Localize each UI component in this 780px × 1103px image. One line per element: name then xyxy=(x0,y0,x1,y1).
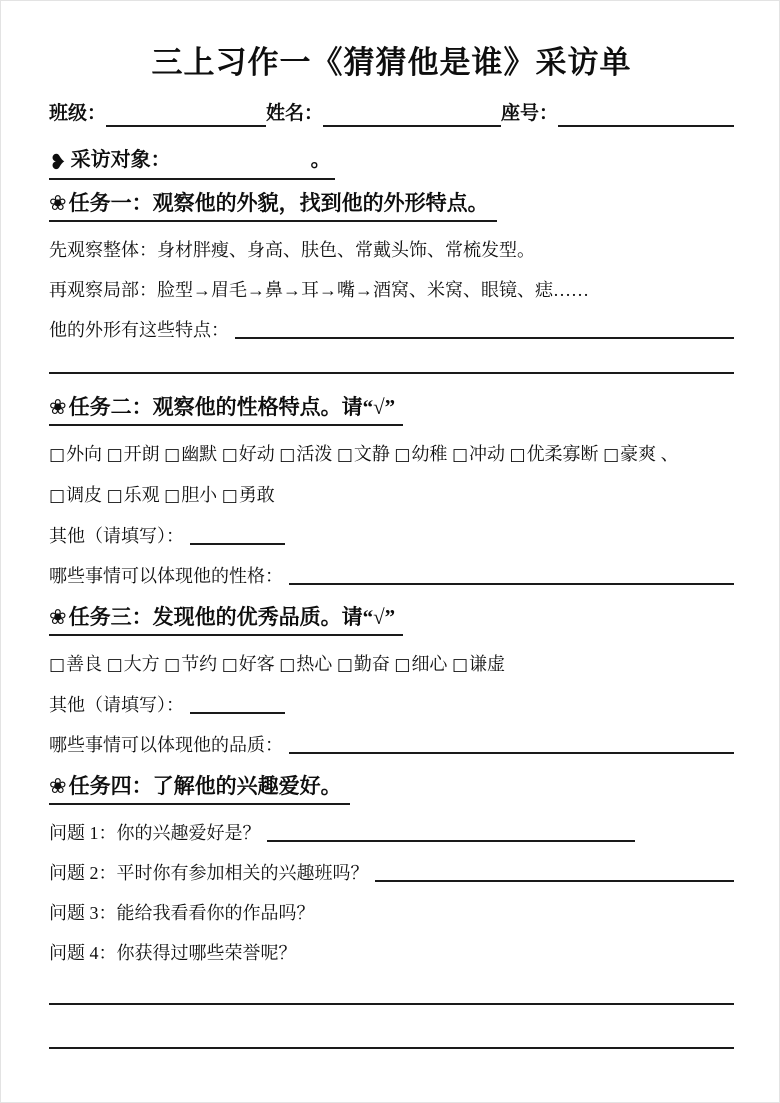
task4-question4-row: 问题 4：你获得过哪些荣誉呢？ xyxy=(49,941,734,965)
checkbox-icon: □ xyxy=(164,655,180,675)
trait-option: □冲动 xyxy=(452,444,505,464)
task3-other-label: 其他（请填写）： xyxy=(49,693,184,717)
checkbox-icon: □ xyxy=(452,655,468,675)
quality-option-label: 细心 xyxy=(411,654,447,674)
task2-options-row2: □调皮 □乐观 □胆小 □勇敢 xyxy=(49,483,734,508)
task2-evidence-blank-line xyxy=(289,583,734,585)
checkbox-icon: □ xyxy=(49,655,65,675)
trait-option: □乐观 xyxy=(107,485,160,505)
checkbox-icon: □ xyxy=(279,655,295,675)
checkbox-icon: □ xyxy=(49,486,65,506)
quality-option: □大方 xyxy=(107,654,160,674)
trait-option-label: 优柔寡断 xyxy=(527,444,599,464)
worksheet-page: 三上习作一《猜猜他是谁》采访单 班级： 姓名： 座号： ❥ 采访对象： 。 ❀ … xyxy=(0,0,780,1103)
task1-continuation-blank-line xyxy=(49,372,734,374)
checkbox-icon: □ xyxy=(222,486,238,506)
quality-option: □热心 xyxy=(279,654,332,674)
checkbox-icon: □ xyxy=(107,445,123,465)
task2-evidence-label: 哪些事情可以体现他的性格： xyxy=(49,564,283,588)
trait-option: □外向 xyxy=(49,444,102,464)
question1-blank-line xyxy=(267,840,635,842)
trait-option-label: 活泼 xyxy=(296,444,332,464)
task3-options-row: □善良 □大方 □节约 □好客 □热心 □勤奋 □细心 □谦虚 xyxy=(49,652,734,677)
task2-heading: 任务二：观察他的性格特点。请“√” xyxy=(69,394,396,420)
interview-target-underlined: ❥ 采访对象： 。 xyxy=(49,145,335,180)
checkbox-icon: □ xyxy=(279,445,295,465)
checkbox-icon: □ xyxy=(107,486,123,506)
florette-icon: ❀ xyxy=(49,773,67,799)
checkbox-icon: □ xyxy=(394,445,410,465)
trait-option-label: 乐观 xyxy=(124,485,160,505)
task2-other-label: 其他（请填写）： xyxy=(49,524,184,548)
quality-option-label: 谦虚 xyxy=(469,654,505,674)
quality-option-label: 好客 xyxy=(239,654,275,674)
interview-target-row: ❥ 采访对象： 。 xyxy=(49,145,734,180)
question2-label: 问题 2：平时你有参加相关的兴趣班吗？ xyxy=(49,861,369,885)
name-label: 姓名： xyxy=(266,101,323,127)
checkbox-icon: □ xyxy=(337,655,353,675)
trait-option: □调皮 xyxy=(49,485,102,505)
task2-options-row1: □外向 □开朗 □幽默 □好动 □活泼 □文静 □幼稚 □冲动 □优柔寡断 □豪… xyxy=(49,442,734,467)
task2-other-blank-line xyxy=(190,543,285,545)
florette-icon: ❀ xyxy=(49,190,67,216)
checkbox-icon: □ xyxy=(222,445,238,465)
task1-heading-row: ❀ 任务一：观察他的外貌，找到他的外形特点。 xyxy=(49,190,734,222)
task4-question1-row: 问题 1：你的兴趣爱好是？ xyxy=(49,821,734,845)
trait-option: □好动 xyxy=(222,444,275,464)
trait-option-label: 豪爽 xyxy=(620,444,656,464)
trait-option-label: 幼稚 xyxy=(411,444,447,464)
page-title: 三上习作一《猜猜他是谁》采访单 xyxy=(49,43,734,83)
trait-option-label: 文静 xyxy=(354,444,390,464)
task4-heading-row: ❀ 任务四：了解他的兴趣爱好。 xyxy=(49,773,734,805)
checkbox-icon: □ xyxy=(222,655,238,675)
checkbox-icon: □ xyxy=(510,445,526,465)
checkbox-icon: □ xyxy=(452,445,468,465)
trait-option: □勇敢 xyxy=(222,485,275,505)
task3-evidence-blank-line xyxy=(289,752,734,754)
task4-question3-row: 问题 3：能给我看看你的作品吗？ xyxy=(49,901,734,925)
task1-heading: 任务一：观察他的外貌，找到他的外形特点。 xyxy=(69,190,489,216)
quality-option-label: 大方 xyxy=(124,654,160,674)
task3-evidence-row: 哪些事情可以体现他的品质： xyxy=(49,733,734,757)
quality-option: □勤奋 xyxy=(337,654,390,674)
quality-option: □细心 xyxy=(394,654,447,674)
task3-heading: 任务三：发现他的优秀品质。请“√” xyxy=(69,604,396,630)
quality-option-label: 节约 xyxy=(181,654,217,674)
task1-features-blank-line xyxy=(235,337,734,339)
trait-option: □文静 xyxy=(337,444,390,464)
checkbox-icon: □ xyxy=(394,655,410,675)
trait-option: □幼稚 xyxy=(394,444,447,464)
checkbox-icon: □ xyxy=(603,445,619,465)
question2-blank-line xyxy=(375,880,735,882)
seat-blank-line xyxy=(558,105,734,127)
trait-option: □开朗 xyxy=(107,444,160,464)
checkbox-icon: □ xyxy=(337,445,353,465)
task2-heading-row: ❀ 任务二：观察他的性格特点。请“√” xyxy=(49,394,734,426)
question1-label: 问题 1：你的兴趣爱好是？ xyxy=(49,821,261,845)
student-info-row: 班级： 姓名： 座号： xyxy=(49,101,734,127)
trait-option: □胆小 xyxy=(164,485,217,505)
task1-features-label: 他的外形有这些特点： xyxy=(49,318,229,342)
trait-option-label: 胆小 xyxy=(181,485,217,505)
answer-blank-line-2 xyxy=(49,1047,734,1049)
checkbox-icon: □ xyxy=(164,445,180,465)
task1-overall-line: 先观察整体：身材胖瘦、身高、肤色、常戴头饰、常梳发型。 xyxy=(49,238,734,262)
task3-heading-row: ❀ 任务三：发现他的优秀品质。请“√” xyxy=(49,604,734,636)
interview-target-label: 采访对象： xyxy=(71,145,171,175)
task4-question2-row: 问题 2：平时你有参加相关的兴趣班吗？ xyxy=(49,861,734,885)
trait-option: □豪爽 xyxy=(603,444,656,464)
task3-evidence-label: 哪些事情可以体现他的品质： xyxy=(49,733,283,757)
quality-option: □节约 xyxy=(164,654,217,674)
trait-option-label: 外向 xyxy=(66,444,102,464)
checkbox-icon: □ xyxy=(49,445,65,465)
task4-heading: 任务四：了解他的兴趣爱好。 xyxy=(69,773,342,799)
class-blank-line xyxy=(106,105,266,127)
trait-option-label: 好动 xyxy=(239,444,275,464)
trait-option-label: 冲动 xyxy=(469,444,505,464)
task2-evidence-row: 哪些事情可以体现他的性格： xyxy=(49,564,734,588)
answer-blank-line-1 xyxy=(49,1003,734,1005)
trait-option: □活泼 xyxy=(279,444,332,464)
quality-option-label: 善良 xyxy=(66,654,102,674)
florette-icon: ❀ xyxy=(49,394,67,420)
task1-detail-line: 再观察局部：脸型→眉毛→鼻→耳→嘴→酒窝、米窝、眼镜、痣…… xyxy=(49,278,734,302)
trait-option-label: 幽默 xyxy=(181,444,217,464)
florette-icon: ❀ xyxy=(49,604,67,630)
task3-other-row: 其他（请填写）： xyxy=(49,693,734,717)
trait-option-label: 调皮 xyxy=(66,485,102,505)
task3-other-blank-line xyxy=(190,712,285,714)
task1-features-row: 他的外形有这些特点： xyxy=(49,318,734,342)
quality-option: □好客 xyxy=(222,654,275,674)
name-blank-line xyxy=(323,105,501,127)
class-label: 班级： xyxy=(49,101,106,127)
quality-option: □善良 xyxy=(49,654,102,674)
trait-option-label: 开朗 xyxy=(124,444,160,464)
quality-option-label: 热心 xyxy=(296,654,332,674)
heart-bullet-icon: ❥ xyxy=(49,149,67,175)
trait-option-label: 勇敢 xyxy=(239,485,275,505)
quality-option: □谦虚 xyxy=(452,654,505,674)
trait-option: □幽默 xyxy=(164,444,217,464)
task2-row1-suffix: 、 xyxy=(661,444,679,464)
seat-label: 座号： xyxy=(501,101,558,127)
interview-target-suffix: 。 xyxy=(311,145,331,175)
checkbox-icon: □ xyxy=(164,486,180,506)
trait-option: □优柔寡断 xyxy=(510,444,599,464)
checkbox-icon: □ xyxy=(107,655,123,675)
quality-option-label: 勤奋 xyxy=(354,654,390,674)
task2-other-row: 其他（请填写）： xyxy=(49,524,734,548)
